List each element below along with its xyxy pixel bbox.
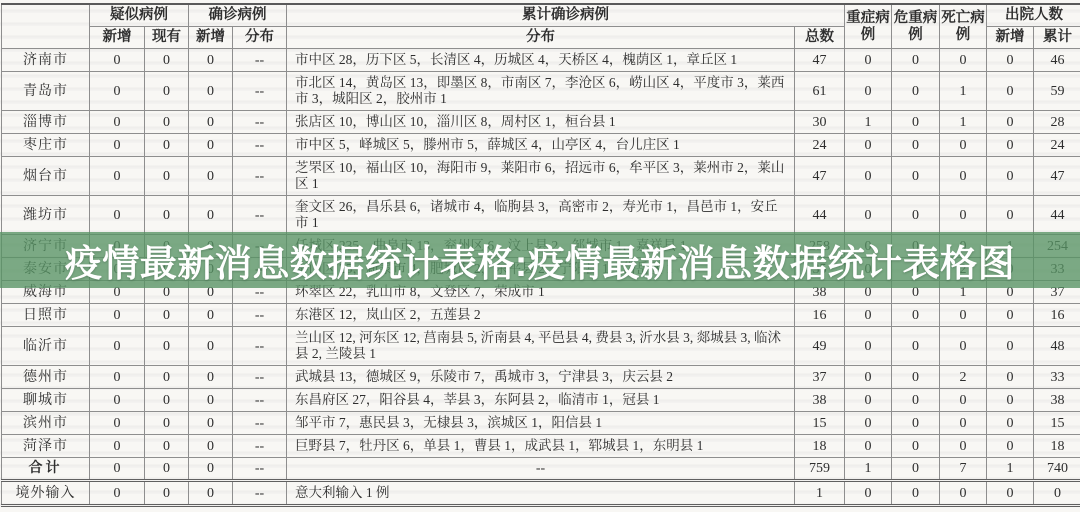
cell-critical: 0 [892, 435, 940, 458]
cell-cumulative-dist: 市北区 14，黄岛区 13，即墨区 8，市南区 7，李沧区 6，崂山区 4，平度… [287, 72, 795, 111]
cell-confirmed-dist: -- [233, 134, 287, 157]
city-column-header [2, 4, 90, 49]
cell-confirmed-dist: -- [233, 304, 287, 327]
epidemic-stats-table: 疑似病例 确诊病例 累计确诊病例 重症病例 危重病例 死亡病例 出院人数 新增 … [1, 3, 1080, 507]
cell-cumulative-total: 15 [795, 412, 845, 435]
cell-confirmed-dist: -- [233, 481, 287, 506]
cell-death: 0 [940, 134, 987, 157]
cell-death: 0 [940, 157, 987, 196]
cell-discharged-cum: 59 [1034, 72, 1080, 111]
cell-death: 1 [940, 281, 987, 304]
cell-city: 合计 [2, 458, 90, 481]
table-row: 济南市000--市中区 28，历下区 5，长清区 4，历城区 4，天桥区 4，槐… [2, 49, 1080, 72]
cell-city: 德州市 [2, 366, 90, 389]
confirmed-dist-header: 分布 [233, 27, 287, 49]
cell-cumulative-total: 16 [795, 304, 845, 327]
cell-confirmed-dist: -- [233, 49, 287, 72]
cumulative-dist-header: 分布 [287, 27, 795, 49]
cell-critical: 0 [892, 72, 940, 111]
cell-critical: 0 [892, 196, 940, 235]
cell-severe: 0 [845, 196, 892, 235]
cell-cumulative-total: 1 [795, 481, 845, 506]
cell-death: 0 [940, 389, 987, 412]
cell-discharged-new: 0 [987, 281, 1034, 304]
table-row: 枣庄市000--市中区 5，峄城区 5，滕州市 5，薛城区 4，山亭区 4，台儿… [2, 134, 1080, 157]
cell-severe: 0 [845, 157, 892, 196]
cell-confirmed-dist: -- [233, 435, 287, 458]
cell-city: 济宁市 [2, 235, 90, 258]
cell-severe: 0 [845, 412, 892, 435]
table-row: 滨州市000--邹平市 7，惠民县 3，无棣县 3，滨城区 1，阳信县 1150… [2, 412, 1080, 435]
cell-suspected-new: 0 [90, 389, 145, 412]
cell-cumulative-dist: 环翠区 22，乳山市 8，文登区 7，荣成市 1 [287, 281, 795, 304]
cell-death: 0 [940, 435, 987, 458]
cell-suspected-existing: 0 [145, 49, 189, 72]
suspected-existing-header: 现有 [145, 27, 189, 49]
cell-suspected-new: 0 [90, 481, 145, 506]
cell-cumulative-dist: 市中区 28，历下区 5，长清区 4，历城区 4，天桥区 4，槐荫区 1，章丘区… [287, 49, 795, 72]
cell-discharged-new: 0 [987, 111, 1034, 134]
cell-suspected-existing: 0 [145, 435, 189, 458]
discharged-group-header: 出院人数 [987, 4, 1080, 27]
cell-suspected-existing: 0 [145, 458, 189, 481]
cell-severe: 0 [845, 235, 892, 258]
cell-suspected-existing: 0 [145, 366, 189, 389]
cell-suspected-existing: 0 [145, 134, 189, 157]
cell-suspected-new: 0 [90, 412, 145, 435]
cell-discharged-cum: 15 [1034, 412, 1080, 435]
cell-suspected-new: 0 [90, 72, 145, 111]
cell-discharged-cum: 47 [1034, 157, 1080, 196]
cell-discharged-new: 0 [987, 304, 1034, 327]
cell-critical: 0 [892, 481, 940, 506]
cell-confirmed-dist: -- [233, 412, 287, 435]
cell-suspected-new: 0 [90, 281, 145, 304]
table-body: 济南市000--市中区 28，历下区 5，长清区 4，历城区 4，天桥区 4，槐… [2, 49, 1080, 506]
cell-confirmed-dist: -- [233, 281, 287, 304]
cumulative-confirmed-group-header: 累计确诊病例 [287, 4, 845, 27]
cell-confirmed-new: 0 [189, 412, 233, 435]
confirmed-new-header: 新增 [189, 27, 233, 49]
cell-confirmed-new: 0 [189, 134, 233, 157]
table-row: 潍坊市000--奎文区 26，昌乐县 6，诸城市 4，临朐县 3，高密市 2，寿… [2, 196, 1080, 235]
cell-discharged-new: 0 [987, 72, 1034, 111]
cell-death: 0 [940, 235, 987, 258]
cell-confirmed-new: 0 [189, 258, 233, 281]
cell-cumulative-total: 49 [795, 327, 845, 366]
cell-discharged-cum: 740 [1034, 458, 1080, 481]
cell-confirmed-new: 0 [189, 281, 233, 304]
suspected-cases-group-header: 疑似病例 [90, 4, 189, 27]
cell-discharged-cum: 37 [1034, 281, 1080, 304]
discharged-cum-header: 累计 [1034, 27, 1080, 49]
cell-cumulative-total: 759 [795, 458, 845, 481]
cell-critical: 0 [892, 111, 940, 134]
cell-critical: 0 [892, 389, 940, 412]
cell-cumulative-dist: 芝罘区 10，福山区 10，海阳市 9，莱阳市 6，招远市 6，牟平区 3，莱州… [287, 157, 795, 196]
cell-suspected-new: 0 [90, 111, 145, 134]
cell-confirmed-dist: -- [233, 72, 287, 111]
cell-confirmed-new: 0 [189, 366, 233, 389]
cell-discharged-new: 0 [987, 327, 1034, 366]
table-row-import: 境外输入000--意大利输入 1 例100000 [2, 481, 1080, 506]
cell-suspected-existing: 0 [145, 327, 189, 366]
cell-confirmed-new: 0 [189, 389, 233, 412]
cell-cumulative-dist: 张店区 10，博山区 10，淄川区 8，周村区 1，桓台县 1 [287, 111, 795, 134]
cell-confirmed-dist: -- [233, 327, 287, 366]
cell-severe: 1 [845, 458, 892, 481]
cell-cumulative-dist: 巨野县 7，牡丹区 6，单县 1，曹县 1，成武县 1，郓城县 1，东明县 1 [287, 435, 795, 458]
cell-death: 0 [940, 481, 987, 506]
cell-suspected-existing: 0 [145, 304, 189, 327]
cell-severe: 0 [845, 258, 892, 281]
cell-cumulative-total: 24 [795, 134, 845, 157]
cell-discharged-new: 1 [987, 235, 1034, 258]
cell-suspected-new: 0 [90, 49, 145, 72]
cell-confirmed-new: 0 [189, 196, 233, 235]
cell-death: 2 [940, 258, 987, 281]
cell-suspected-new: 0 [90, 196, 145, 235]
cell-severe: 0 [845, 435, 892, 458]
cell-discharged-new: 0 [987, 196, 1034, 235]
cell-suspected-existing: 0 [145, 389, 189, 412]
cell-cumulative-total: 258 [795, 235, 845, 258]
epidemic-stats-page: 疑似病例 确诊病例 累计确诊病例 重症病例 危重病例 死亡病例 出院人数 新增 … [0, 3, 1080, 512]
cell-suspected-new: 0 [90, 157, 145, 196]
cell-death: 0 [940, 412, 987, 435]
cell-cumulative-dist: 东港区 12，岚山区 2，五莲县 2 [287, 304, 795, 327]
cell-critical: 0 [892, 458, 940, 481]
cell-discharged-new: 0 [987, 435, 1034, 458]
cell-death: 0 [940, 304, 987, 327]
cell-severe: 0 [845, 327, 892, 366]
cell-critical: 0 [892, 157, 940, 196]
cell-cumulative-total: 37 [795, 366, 845, 389]
cell-city: 淄博市 [2, 111, 90, 134]
cell-critical: 0 [892, 281, 940, 304]
cell-city: 泰安市 [2, 258, 90, 281]
cell-city: 烟台市 [2, 157, 90, 196]
cell-suspected-existing: 0 [145, 258, 189, 281]
cell-discharged-new: 0 [987, 389, 1034, 412]
cell-cumulative-dist: 东昌府区 27，阳谷县 4，莘县 3，东阿县 2，临清市 1，冠县 1 [287, 389, 795, 412]
cell-death: 0 [940, 49, 987, 72]
cell-cumulative-dist: 武城县 13，德城区 9，乐陵市 7，禹城市 3，宁津县 3，庆云县 2 [287, 366, 795, 389]
critical-cases-header: 危重病例 [892, 4, 940, 49]
cell-city: 聊城市 [2, 389, 90, 412]
cell-discharged-new: 0 [987, 258, 1034, 281]
suspected-new-header: 新增 [90, 27, 145, 49]
table-row: 聊城市000--东昌府区 27，阳谷县 4，莘县 3，东阿县 2，临清市 1，冠… [2, 389, 1080, 412]
cell-cumulative-dist: 兰山区 12, 河东区 12, 莒南县 5, 沂南县 4, 平邑县 4, 费县 … [287, 327, 795, 366]
header-row-groups: 疑似病例 确诊病例 累计确诊病例 重症病例 危重病例 死亡病例 出院人数 [2, 4, 1080, 27]
cell-cumulative-total: 35 [795, 258, 845, 281]
cell-confirmed-dist: -- [233, 366, 287, 389]
cell-suspected-existing: 0 [145, 412, 189, 435]
cell-confirmed-dist: -- [233, 458, 287, 481]
cell-city: 青岛市 [2, 72, 90, 111]
table-row: 德州市000--武城县 13，德城区 9，乐陵市 7，禹城市 3，宁津县 3，庆… [2, 366, 1080, 389]
cell-discharged-cum: 16 [1034, 304, 1080, 327]
cell-cumulative-dist: 任城区 235，曲阜市 13，兖州区 6，汶上县 2，邹城市 1，嘉祥县 1 [287, 235, 795, 258]
severe-cases-header: 重症病例 [845, 4, 892, 49]
table-row: 日照市000--东港区 12，岚山区 2，五莲县 216000016 [2, 304, 1080, 327]
cell-suspected-existing: 0 [145, 196, 189, 235]
cell-suspected-existing: 0 [145, 481, 189, 506]
cell-confirmed-new: 0 [189, 435, 233, 458]
cell-severe: 0 [845, 389, 892, 412]
cell-confirmed-new: 0 [189, 49, 233, 72]
cell-critical: 0 [892, 235, 940, 258]
cell-confirmed-dist: -- [233, 157, 287, 196]
cell-city: 境外输入 [2, 481, 90, 506]
cell-cumulative-dist: 邹平市 7，惠民县 3，无棣县 3，滨城区 1，阳信县 1 [287, 412, 795, 435]
cell-cumulative-dist: -- [287, 458, 795, 481]
cell-cumulative-dist: 泰山区 25，新泰市 4，肥城市 2，东平县 2，宁阳县 1，岱岳区 1 [287, 258, 795, 281]
cell-city: 日照市 [2, 304, 90, 327]
cell-suspected-new: 0 [90, 134, 145, 157]
cell-death: 0 [940, 327, 987, 366]
cell-severe: 0 [845, 72, 892, 111]
table-row-total: 合计000----7591071740 [2, 458, 1080, 481]
table-row: 青岛市000--市北区 14，黄岛区 13，即墨区 8，市南区 7，李沧区 6，… [2, 72, 1080, 111]
cell-discharged-cum: 38 [1034, 389, 1080, 412]
cell-suspected-new: 0 [90, 458, 145, 481]
cell-discharged-cum: 254 [1034, 235, 1080, 258]
cell-discharged-new: 1 [987, 458, 1034, 481]
cell-suspected-new: 0 [90, 304, 145, 327]
cell-confirmed-new: 0 [189, 327, 233, 366]
cell-suspected-existing: 0 [145, 235, 189, 258]
cell-critical: 0 [892, 412, 940, 435]
cell-cumulative-dist: 意大利输入 1 例 [287, 481, 795, 506]
cell-critical: 0 [892, 304, 940, 327]
cell-death: 1 [940, 111, 987, 134]
cell-confirmed-new: 0 [189, 235, 233, 258]
cell-confirmed-dist: -- [233, 196, 287, 235]
cell-confirmed-new: 0 [189, 304, 233, 327]
cell-severe: 1 [845, 111, 892, 134]
cell-suspected-existing: 0 [145, 281, 189, 304]
table-row: 淄博市000--张店区 10，博山区 10，淄川区 8，周村区 1，桓台县 13… [2, 111, 1080, 134]
cell-death: 7 [940, 458, 987, 481]
cell-confirmed-dist: -- [233, 389, 287, 412]
cell-cumulative-total: 47 [795, 49, 845, 72]
cell-discharged-cum: 18 [1034, 435, 1080, 458]
cell-cumulative-dist: 市中区 5，峄城区 5，滕州市 5，薛城区 4，山亭区 4，台儿庄区 1 [287, 134, 795, 157]
cell-suspected-new: 0 [90, 327, 145, 366]
table-row: 临沂市000--兰山区 12, 河东区 12, 莒南县 5, 沂南县 4, 平邑… [2, 327, 1080, 366]
table-row: 威海市000--环翠区 22，乳山市 8，文登区 7，荣成市 138001037 [2, 281, 1080, 304]
cell-cumulative-total: 38 [795, 281, 845, 304]
cell-severe: 0 [845, 366, 892, 389]
cell-discharged-new: 0 [987, 481, 1034, 506]
cell-suspected-existing: 0 [145, 157, 189, 196]
cell-discharged-cum: 0 [1034, 481, 1080, 506]
cell-cumulative-total: 30 [795, 111, 845, 134]
cell-severe: 0 [845, 49, 892, 72]
cell-city: 滨州市 [2, 412, 90, 435]
cell-death: 2 [940, 366, 987, 389]
cell-severe: 0 [845, 134, 892, 157]
cell-cumulative-dist: 奎文区 26，昌乐县 6，诸城市 4，临朐县 3，高密市 2，寿光市 1，昌邑市… [287, 196, 795, 235]
cell-confirmed-new: 0 [189, 481, 233, 506]
cell-confirmed-new: 0 [189, 111, 233, 134]
cell-confirmed-new: 0 [189, 157, 233, 196]
table-header: 疑似病例 确诊病例 累计确诊病例 重症病例 危重病例 死亡病例 出院人数 新增 … [2, 4, 1080, 49]
cell-confirmed-dist: -- [233, 235, 287, 258]
cell-suspected-new: 0 [90, 258, 145, 281]
cell-severe: 0 [845, 281, 892, 304]
cell-cumulative-total: 38 [795, 389, 845, 412]
cell-suspected-existing: 0 [145, 111, 189, 134]
cell-confirmed-dist: -- [233, 111, 287, 134]
cell-discharged-cum: 33 [1034, 366, 1080, 389]
cell-suspected-new: 0 [90, 235, 145, 258]
cell-city: 济南市 [2, 49, 90, 72]
cell-discharged-new: 0 [987, 134, 1034, 157]
confirmed-cases-group-header: 确诊病例 [189, 4, 287, 27]
cell-city: 临沂市 [2, 327, 90, 366]
cell-discharged-cum: 24 [1034, 134, 1080, 157]
cell-confirmed-dist: -- [233, 258, 287, 281]
table-row: 泰安市000--泰山区 25，新泰市 4，肥城市 2，东平县 2，宁阳县 1，岱… [2, 258, 1080, 281]
cell-discharged-new: 0 [987, 49, 1034, 72]
cell-suspected-new: 0 [90, 435, 145, 458]
table-row: 烟台市000--芝罘区 10，福山区 10，海阳市 9，莱阳市 6，招远市 6，… [2, 157, 1080, 196]
cell-death: 0 [940, 196, 987, 235]
cell-suspected-existing: 0 [145, 72, 189, 111]
cell-confirmed-new: 0 [189, 458, 233, 481]
cell-critical: 0 [892, 366, 940, 389]
cell-discharged-new: 0 [987, 366, 1034, 389]
death-cases-header: 死亡病例 [940, 4, 987, 49]
discharged-new-header: 新增 [987, 27, 1034, 49]
cell-city: 枣庄市 [2, 134, 90, 157]
cell-city: 威海市 [2, 281, 90, 304]
cell-death: 1 [940, 72, 987, 111]
cell-discharged-cum: 46 [1034, 49, 1080, 72]
cell-discharged-cum: 33 [1034, 258, 1080, 281]
cell-discharged-new: 0 [987, 412, 1034, 435]
cell-discharged-cum: 48 [1034, 327, 1080, 366]
cell-cumulative-total: 18 [795, 435, 845, 458]
cell-city: 菏泽市 [2, 435, 90, 458]
cell-discharged-cum: 44 [1034, 196, 1080, 235]
cell-critical: 0 [892, 49, 940, 72]
cumulative-total-header: 总数 [795, 27, 845, 49]
table-row: 济宁市000--任城区 235，曲阜市 13，兖州区 6，汶上县 2，邹城市 1… [2, 235, 1080, 258]
cell-discharged-new: 0 [987, 157, 1034, 196]
cell-confirmed-new: 0 [189, 72, 233, 111]
cell-critical: 0 [892, 258, 940, 281]
cell-critical: 0 [892, 327, 940, 366]
cell-critical: 0 [892, 134, 940, 157]
cell-severe: 0 [845, 481, 892, 506]
cell-discharged-cum: 28 [1034, 111, 1080, 134]
table-row: 菏泽市000--巨野县 7，牡丹区 6，单县 1，曹县 1，成武县 1，郓城县 … [2, 435, 1080, 458]
cell-cumulative-total: 61 [795, 72, 845, 111]
cell-cumulative-total: 47 [795, 157, 845, 196]
cell-cumulative-total: 44 [795, 196, 845, 235]
cell-severe: 0 [845, 304, 892, 327]
cell-city: 潍坊市 [2, 196, 90, 235]
cell-suspected-new: 0 [90, 366, 145, 389]
